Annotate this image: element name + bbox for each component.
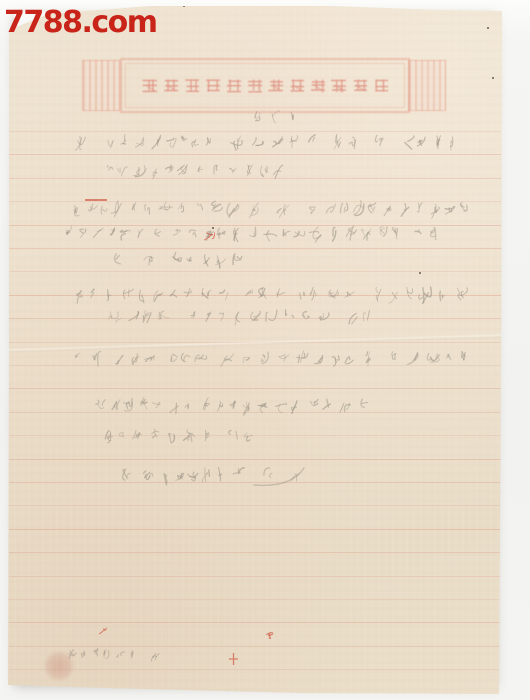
ruled-line bbox=[9, 552, 501, 553]
slogan-character bbox=[225, 77, 243, 95]
slogan-character bbox=[204, 77, 222, 95]
banner-frame bbox=[120, 58, 410, 113]
showthrough-handwriting-line bbox=[60, 198, 470, 221]
collector-site-watermark: 7788.com bbox=[4, 5, 157, 40]
dust-speck bbox=[212, 227, 214, 229]
slogan-character bbox=[183, 77, 201, 95]
paper-sheet: 敬祝伟大领袖毛主席万寿无疆 bbox=[0, 0, 530, 700]
dust-speck bbox=[492, 77, 494, 79]
slogan-character bbox=[288, 77, 306, 95]
slogan-character bbox=[351, 77, 369, 95]
slogan-character bbox=[267, 77, 285, 95]
slogan-banner: 敬祝伟大领袖毛主席万寿无疆 bbox=[82, 57, 446, 112]
red-correction-mark bbox=[266, 626, 274, 635]
dust-speck bbox=[419, 272, 421, 274]
showthrough-handwriting-line bbox=[95, 250, 247, 273]
banner-end-right bbox=[408, 60, 446, 111]
ruled-line bbox=[9, 271, 501, 272]
ruled-line bbox=[9, 482, 501, 483]
dust-speck bbox=[503, 34, 505, 36]
ruled-line bbox=[9, 576, 501, 577]
slogan-character bbox=[246, 77, 264, 95]
ruled-line bbox=[9, 505, 501, 506]
dust-speck bbox=[183, 5, 185, 7]
ruled-line bbox=[9, 318, 501, 319]
showthrough-handwriting-line bbox=[63, 223, 441, 246]
letter-photo: 敬祝伟大领袖毛主席万寿无疆 7788.com bbox=[0, 0, 530, 700]
dust-speck bbox=[322, 3, 324, 5]
showthrough-handwriting-line bbox=[55, 284, 470, 307]
slogan-character bbox=[309, 77, 327, 95]
ruled-line bbox=[9, 295, 501, 296]
showthrough-handwriting-line bbox=[68, 132, 460, 155]
ruled-line bbox=[9, 669, 501, 670]
banner-end-left bbox=[82, 60, 120, 111]
ruled-line bbox=[9, 459, 501, 460]
ruled-line bbox=[9, 365, 501, 366]
ruled-line bbox=[9, 646, 501, 647]
slogan-character bbox=[162, 77, 180, 95]
ruled-line bbox=[9, 201, 501, 202]
showthrough-handwriting-line bbox=[75, 348, 470, 371]
red-correction-mark bbox=[99, 620, 108, 628]
slogan-character bbox=[372, 77, 390, 95]
red-correction-mark bbox=[85, 199, 107, 201]
ruled-line bbox=[9, 435, 501, 436]
ruled-line bbox=[9, 131, 501, 132]
ruled-line bbox=[9, 154, 501, 155]
ruled-line bbox=[9, 599, 501, 600]
ruled-line bbox=[9, 622, 501, 623]
slogan-glyphs bbox=[141, 77, 390, 95]
ruled-line bbox=[9, 248, 501, 249]
ruled-line bbox=[9, 225, 501, 226]
showthrough-handwriting-line bbox=[100, 426, 260, 449]
slogan-character bbox=[141, 77, 159, 95]
showthrough-handwriting-line bbox=[75, 395, 370, 418]
red-correction-mark bbox=[204, 228, 215, 239]
ruled-line bbox=[9, 178, 501, 179]
fold-crease bbox=[4, 335, 504, 353]
dust-speck bbox=[487, 27, 489, 29]
showthrough-handwriting-line bbox=[95, 160, 285, 183]
ruled-line bbox=[9, 529, 501, 530]
red-correction-mark bbox=[229, 650, 238, 662]
slogan-character bbox=[330, 77, 348, 95]
ruled-line bbox=[9, 388, 501, 389]
showthrough-handwriting-line bbox=[95, 464, 307, 489]
dust-speck bbox=[500, 6, 502, 8]
seal-stamp bbox=[44, 651, 74, 681]
showthrough-handwriting-line bbox=[90, 307, 375, 330]
ruled-line bbox=[9, 412, 501, 413]
